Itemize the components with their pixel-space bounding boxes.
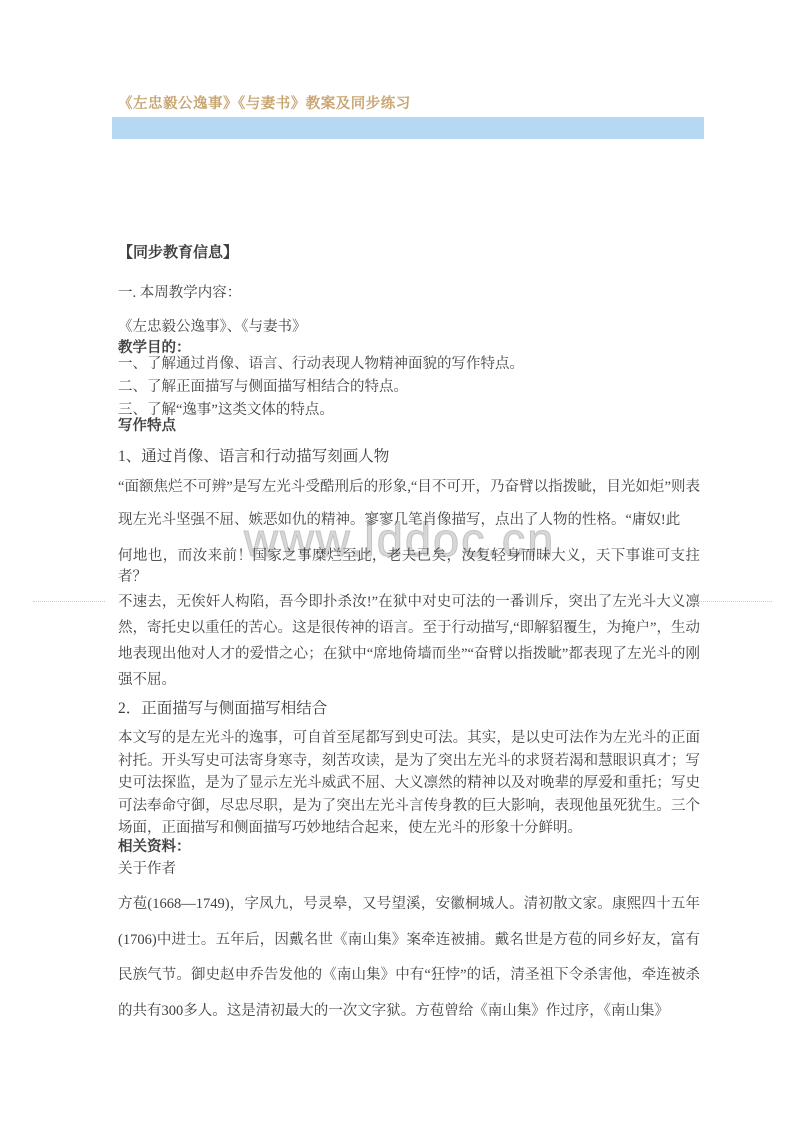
highlight-band [112, 117, 704, 139]
feature-1-paragraph-1: “面额焦烂不可辨”是写左光斗受酷刑后的形象,“目不可开，乃奋臂以指拨眦，目光如炬… [118, 471, 700, 537]
dotted-rule-right-segment [694, 601, 772, 602]
feature-1-paragraph-2: 何地也，而汝来前！国家之事糜烂至此，老夫已矣，汝复轻身而昧大义，天下事谁可支拄者… [118, 546, 700, 588]
goal-item-2: 二、了解正面描写与侧面描写相结合的特点。 [118, 377, 700, 398]
feature-2-paragraph: 本文写的是左光斗的逸事，可自首至尾都写到史可法。其实，是以史可法作为左光斗的正面… [118, 727, 700, 840]
related-resources-header: 相关资料： [118, 837, 700, 858]
lesson-titles: 《左忠毅公逸事》、《与妻书》 [118, 317, 700, 338]
feature-1-paragraph-3: 不速去，无俟奸人构陷，吾今即扑杀汝!”在狱中对史可法的一番训斥，突出了左光斗大义… [118, 589, 700, 693]
document-page: 《左忠毅公逸事》《与妻书》教案及同步练习 www.lddoc.cn 【同步教育信… [0, 0, 800, 1132]
writing-features-header: 写作特点 [118, 416, 700, 437]
document-title: 《左忠毅公逸事》《与妻书》教案及同步练习 [118, 92, 718, 113]
feature-1-header: 1、通过肖像、语言和行动描写刻画人物 [118, 446, 700, 467]
goal-item-1: 一、了解通过肖像、语言、行动表现人物精神面貌的写作特点。 [118, 354, 700, 375]
section-header-sync-education-info: 【同步教育信息】 [118, 243, 700, 264]
week-content-label: 一. 本周教学内容： [118, 283, 700, 304]
author-biography-paragraph: 方苞(1668—1749)，字凤九，号灵皋，又号望溪，安徽桐城人。清初散文家。康… [118, 887, 700, 1029]
about-author-label: 关于作者 [118, 859, 700, 880]
dotted-rule-left-segment [33, 601, 105, 602]
feature-2-header: 2．正面描写与侧面描写相结合 [118, 698, 700, 719]
